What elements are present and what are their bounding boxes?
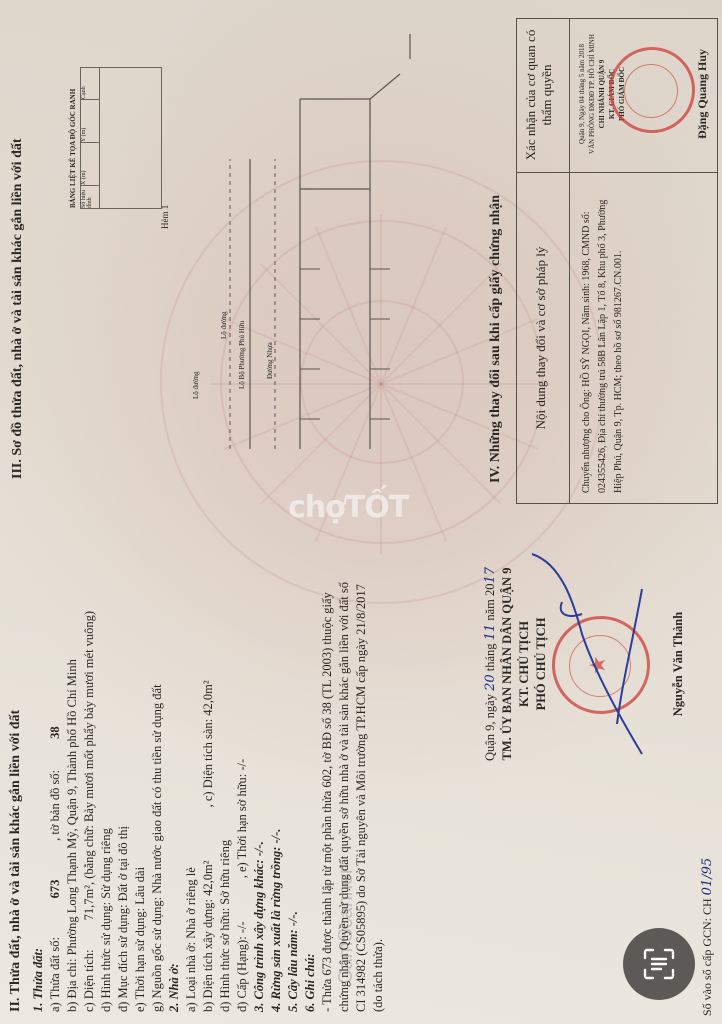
chotot-watermark: chợTỐT <box>288 490 408 525</box>
signer-name: Nguyễn Văn Thành <box>670 544 687 784</box>
col-content-header: Nội dung thay đổi và cơ sở pháp lý <box>533 173 549 503</box>
street-label: Lộ đường <box>220 311 228 339</box>
land-heading: 1. Thửa đất: <box>30 512 47 1012</box>
coordinate-table-title: BẢNG LIỆT KÊ TỌA ĐỘ GÓC RANH <box>69 89 77 208</box>
parcel-number: 673 <box>47 844 64 934</box>
note-line: - Thửa 673 được thành lập từ một phần th… <box>319 512 336 1012</box>
confirm-signer: Đặng Quang Huy <box>695 21 710 167</box>
map-sheet-label: , tờ bản đồ số: <box>48 770 62 841</box>
forest: 4. Rừng sản xuất là rừng trồng: -/-. <box>268 512 285 1012</box>
changes-table: Nội dung thay đổi và cơ sở pháp lý Xác n… <box>516 18 718 504</box>
col-header: Cạnh <box>81 68 99 99</box>
ownership-form: d) Hình thức sở hữu: Sở hữu riêng <box>217 512 234 1012</box>
note-line: (do tách thửa). <box>370 512 387 1012</box>
area-row-2: b) Diện tích xây dựng: 42,0m² , c) Diện … <box>200 512 217 1012</box>
change-line: 024355426, Địa chỉ thường trú 58B Lân Lậ… <box>595 200 611 493</box>
document-scan-icon <box>641 946 677 982</box>
construction-area: b) Diện tích xây dựng: 42,0m² <box>201 861 215 1012</box>
section-changes: IV. Những thay đổi sau khi cấp giấy chứn… <box>488 20 718 504</box>
parcel-row: a) Thửa đất số: 673 , tờ bản đồ số: 38 <box>47 512 64 1012</box>
confirm-stamp <box>609 47 695 133</box>
scan-text-button[interactable] <box>623 928 695 1000</box>
change-line: Chuyển nhượng cho Ông: HỒ SỸ NGỌI, Năm s… <box>579 200 595 493</box>
area-row: c) Diện tích: 71,7m², (bằng chữ: Bảy mươ… <box>81 512 98 1012</box>
grade-row: đ) Cấp (Hạng): -/- , e) Thời hạn sở hữu:… <box>234 512 251 1012</box>
issue-date: Quận 9, ngày 20 tháng 11 năm 2017 <box>482 544 499 784</box>
use-origin: g) Nguồn gốc sử dụng: Nhà nước giao đất … <box>149 512 166 1012</box>
area-label: c) Diện tích: <box>82 950 96 1012</box>
confirm-line: Quận 9, Ngày 04 tháng 5 năm 2018 <box>577 21 587 167</box>
floor-area: , c) Diện tích sàn: 42,0m² <box>201 680 215 807</box>
issue-month: 11 <box>483 624 498 641</box>
register-value: 01/95 <box>700 858 715 895</box>
confirm-line: VĂN PHÒNG ĐKĐĐ TP. HỒ CHÍ MINH <box>587 21 597 167</box>
notes-heading: 6. Ghi chú: <box>302 512 319 1012</box>
signature-scribble <box>522 544 672 764</box>
use-form: d) Hình thức sử dụng: Sử dụng riêng <box>98 512 115 1012</box>
date-prefix: Quận 9, ngày <box>483 694 497 761</box>
register-label: Số vào sổ cấp GCN: CH <box>700 898 714 1016</box>
year-label: năm 20 <box>483 584 497 621</box>
grade: đ) Cấp (Hạng): -/- <box>235 921 249 1012</box>
issue-day: 20 <box>483 674 498 691</box>
issue-year: 17 <box>483 567 498 584</box>
parcel-label: a) Thửa đất số: <box>48 937 62 1012</box>
house-type: a) Loại nhà ở: Nhà ở riêng lẻ <box>183 512 200 1012</box>
confirm-line: CHI NHÁNH QUẬN 9 <box>597 21 607 167</box>
register-number: Số vào sổ cấp GCN: CH 01/95 <box>700 858 715 1016</box>
section-diagram: III. Sơ đồ thửa đất, nhà ở và tài sản kh… <box>10 9 480 479</box>
map-sheet-number: 38 <box>48 726 62 739</box>
change-content: Chuyển nhượng cho Ông: HỒ SỸ NGỌI, Năm s… <box>579 200 627 493</box>
section-3-title: III. Sơ đồ thửa đất, nhà ở và tài sản kh… <box>10 9 26 479</box>
signature-block: Quận 9, ngày 20 tháng 11 năm 2017 TM. ỦY… <box>482 544 712 784</box>
house-heading: 2. Nhà ở: <box>166 512 183 1012</box>
section-4-title: IV. Những thay đổi sau khi cấp giấy chứn… <box>488 174 504 504</box>
month-label: tháng <box>483 643 497 671</box>
area-value: 71,7m², (bằng chữ: Bảy mươi mốt phẩy bảy… <box>82 611 96 920</box>
other-works: 3. Công trình xây dựng khác: -/-. <box>251 512 268 1012</box>
issuing-org: TM. ỦY BAN NHÂN DÂN QUẬN 9 <box>499 544 516 784</box>
change-line: Hiệp Phú, Quận 9, Tp. HCM; theo hồ sơ số… <box>611 200 627 493</box>
street-label: Lộ Bộ Phường Phú Hữu <box>238 321 246 389</box>
use-term: e) Thời hạn sử dụng: Lâu dài <box>132 512 149 1012</box>
scanner-watermark: CamScanner <box>335 867 358 984</box>
coordinate-table: BẢNG LIỆT KÊ TỌA ĐỘ GÓC RANH Số hiệu đỉn… <box>80 67 162 209</box>
col-confirm-header: Xác nhận của cơ quan có thẩm quyền <box>523 27 555 163</box>
col-header: Số hiệu đỉnh <box>81 185 99 208</box>
section-land-house: II. Thửa đất, nhà ở và tài sản khác gắn … <box>8 512 387 1012</box>
ownership-term: , e) Thời hạn sở hữu: -/- <box>235 759 249 878</box>
street-label: Đường Nhựa <box>266 342 274 379</box>
section-2-title: II. Thửa đất, nhà ở và tài sản khác gắn … <box>8 512 24 1012</box>
street-label: Lộ đường <box>192 371 200 399</box>
col-header: X (m) <box>81 142 99 185</box>
perennial: 5. Cây lâu năm: -/-. <box>285 512 302 1012</box>
address: b) Địa chỉ: Phường Long Thạnh Mỹ, Quận 9… <box>64 512 81 1012</box>
use-purpose: đ) Mục đích sử dụng: Đất ở tại đô thị <box>115 512 132 1012</box>
col-header: Y (m) <box>81 99 99 142</box>
